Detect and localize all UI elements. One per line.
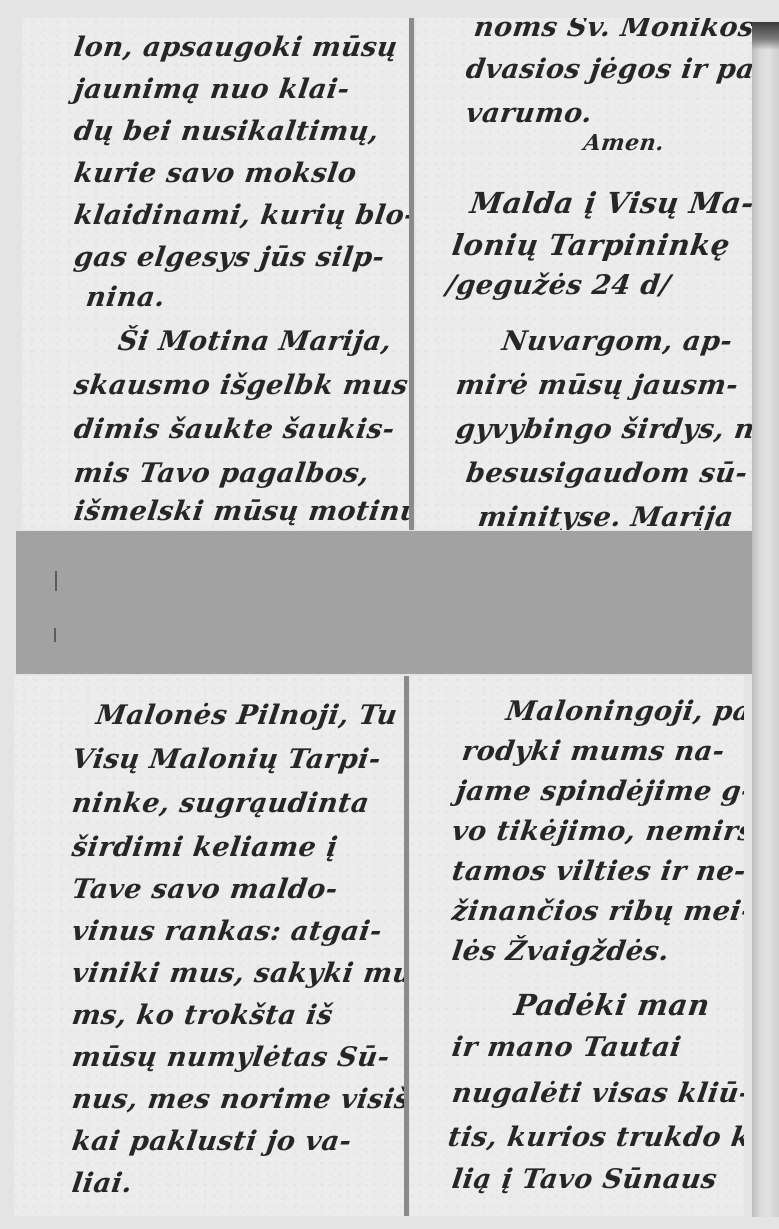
text-line: mis Tavo pagalbos, bbox=[72, 458, 371, 489]
handwritten-lines: Malonės Pilnoji, Tu Visų Malonių Tarpi- … bbox=[14, 676, 404, 1216]
handwritten-lines: lon, apsaugoki mūsų jaunimą nuo klai- dų… bbox=[22, 18, 410, 530]
scan-mark bbox=[55, 571, 57, 591]
text-line: Visų Malonių Tarpi- bbox=[70, 744, 383, 775]
text-line: Ši Motina Marija, bbox=[116, 326, 394, 357]
text-line: lės Žvaigždės. bbox=[450, 936, 671, 967]
text-line: Amen. bbox=[582, 130, 666, 156]
text-line: jaunimą nuo klai- bbox=[72, 74, 352, 105]
text-line: žinančios ribų mei- bbox=[450, 896, 744, 927]
text-line: Padėki man bbox=[512, 988, 712, 1022]
text-line: mūsų numylėtas Sū- bbox=[70, 1042, 392, 1073]
text-line: gyvybingo širdys, ne- bbox=[454, 414, 752, 445]
text-line: kai paklusti jo va- bbox=[70, 1126, 354, 1157]
text-line: varumo. bbox=[464, 98, 594, 129]
text-line: klaidinami, kurių blo- bbox=[72, 200, 410, 231]
text-line: tamos vilties ir ne- bbox=[450, 856, 744, 887]
text-line: gas elgesys jūs silp- bbox=[72, 242, 387, 273]
text-line: nus, mes norime visiš- bbox=[70, 1084, 404, 1115]
text-line: nina. bbox=[84, 282, 167, 313]
text-line: rodyki mums na- bbox=[460, 736, 727, 767]
text-line: Maloningoji, pa- bbox=[504, 696, 744, 727]
text-line: dimis šaukte šaukis- bbox=[72, 414, 397, 445]
column-divider-bottom bbox=[404, 676, 409, 1216]
gray-divider-band bbox=[16, 531, 752, 674]
text-line: liai. bbox=[70, 1168, 135, 1199]
handwritten-lines: Maloningoji, pa- rodyki mums na- jame sp… bbox=[410, 676, 744, 1216]
text-line: mirė mūsų jausm- bbox=[454, 370, 740, 401]
text-line: išmelski mūsų motinų bbox=[72, 496, 410, 527]
text-line: vo tikėjimo, nemirs- bbox=[450, 816, 744, 847]
text-line: skausmo išgelbk mus sir- bbox=[72, 370, 410, 401]
text-line: vinus rankas: atgai- bbox=[70, 916, 384, 947]
text-line: tis, kurios trukdo ke- bbox=[446, 1122, 744, 1153]
text-line: ir mano Tautai bbox=[450, 1032, 683, 1063]
column-divider-top bbox=[409, 18, 414, 530]
text-line: širdimi keliame į bbox=[70, 832, 339, 863]
date-line: /gegužės 24 d/ bbox=[444, 270, 673, 301]
handwritten-lines: noms Šv. Monikos dvasios jėgos ir pat- v… bbox=[416, 18, 752, 530]
text-line: lon, apsaugoki mūsų bbox=[72, 32, 400, 63]
text-line: ninke, sugrąudinta bbox=[70, 788, 371, 819]
text-line: besusigaudom sū- bbox=[464, 458, 750, 489]
scanned-page: lon, apsaugoki mūsų jaunimą nuo klai- dų… bbox=[0, 0, 779, 1229]
text-line: Tave savo maldo- bbox=[70, 874, 340, 905]
book-spine-edge bbox=[752, 22, 779, 1217]
text-line: dų bei nusikaltimų, bbox=[72, 116, 381, 147]
text-line: Nuvargom, ap- bbox=[500, 326, 734, 357]
text-panel-bottom-left: Malonės Pilnoji, Tu Visų Malonių Tarpi- … bbox=[14, 676, 404, 1216]
text-line: nugalėti visas kliū- bbox=[450, 1078, 744, 1109]
heading-line: Malda į Visų Ma- bbox=[468, 186, 752, 220]
heading-line: lonių Tarpininkę bbox=[450, 228, 732, 262]
text-line: Malonės Pilnoji, Tu bbox=[94, 700, 399, 731]
text-line: lią į Tavo Sūnaus bbox=[450, 1164, 719, 1195]
text-line: jame spindėjime g- bbox=[454, 776, 744, 807]
text-line: kurie savo mokslo bbox=[72, 158, 359, 189]
spine-shadow bbox=[752, 22, 779, 50]
text-line: minityse. Marija bbox=[476, 502, 736, 530]
text-line: viniki mus, sakyki mu- bbox=[70, 958, 404, 989]
text-panel-top-left: lon, apsaugoki mūsų jaunimą nuo klai- dų… bbox=[22, 18, 410, 530]
text-line: dvasios jėgos ir pat- bbox=[464, 54, 752, 85]
scan-mark bbox=[54, 628, 56, 642]
text-panel-bottom-right: Maloningoji, pa- rodyki mums na- jame sp… bbox=[410, 676, 744, 1216]
text-panel-top-right: noms Šv. Monikos dvasios jėgos ir pat- v… bbox=[416, 18, 752, 530]
text-line: noms Šv. Monikos bbox=[472, 18, 752, 43]
text-line: ms, ko trokšta iš bbox=[70, 1000, 335, 1031]
